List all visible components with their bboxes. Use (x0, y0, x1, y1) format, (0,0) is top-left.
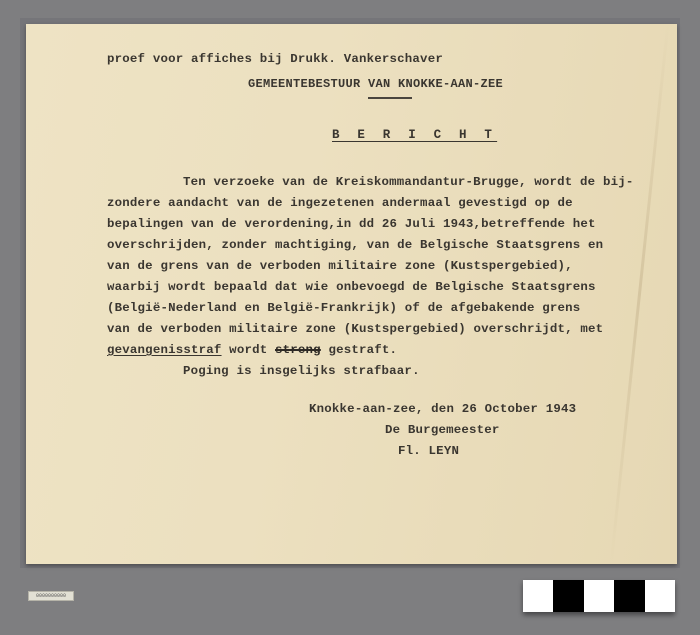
heading-rule (368, 97, 412, 99)
strip-cell (614, 580, 644, 612)
body-line-4: overschrijden, zonder machtiging, van de… (107, 238, 603, 252)
signature-role: De Burgemeester (385, 423, 500, 437)
strip-cell (553, 580, 583, 612)
archive-label: 0000000000 (28, 591, 74, 601)
signature-name: Fl. LEYN (398, 444, 459, 458)
body-line-5: van de grens van de verboden militaire z… (107, 259, 573, 273)
header-note: proef voor affiches bij Drukk. Vankersch… (107, 52, 443, 66)
signature-place-date: Knokke-aan-zee, den 26 October 1943 (309, 402, 576, 416)
struck-word: streng (275, 343, 321, 357)
body-line-2: zondere aandacht van de ingezetenen ande… (107, 196, 573, 210)
body-line-8: van de verboden militaire zone (Kustsper… (107, 322, 603, 336)
issuer-heading: GEMEENTEBESTUUR VAN KNOKKE-AAN-ZEE (248, 77, 503, 91)
strip-cell (523, 580, 553, 612)
document-paper: proef voor affiches bij Drukk. Vankersch… (26, 24, 677, 564)
body-line-6: waarbij wordt bepaald dat wie onbevoegd … (107, 280, 596, 294)
underlined-penalty: gevangenisstraf (107, 343, 222, 357)
line9-mid: wordt (222, 343, 275, 357)
strip-cell (645, 580, 675, 612)
body-line-3: bepalingen van de verordening,in dd 26 J… (107, 217, 596, 231)
body-line-9: gevangenisstraf wordt streng gestraft. (107, 343, 397, 357)
strip-cell (584, 580, 614, 612)
line9-end: gestraft. (321, 343, 397, 357)
body-line-10: Poging is insgelijks strafbaar. (183, 364, 420, 378)
color-calibration-strip (523, 580, 675, 612)
document-title: B E R I C H T (332, 128, 497, 142)
body-line-1: Ten verzoeke van de Kreiskommandantur-Br… (183, 175, 634, 189)
body-line-7: (België-Nederland en België-Frankrijk) o… (107, 301, 580, 315)
